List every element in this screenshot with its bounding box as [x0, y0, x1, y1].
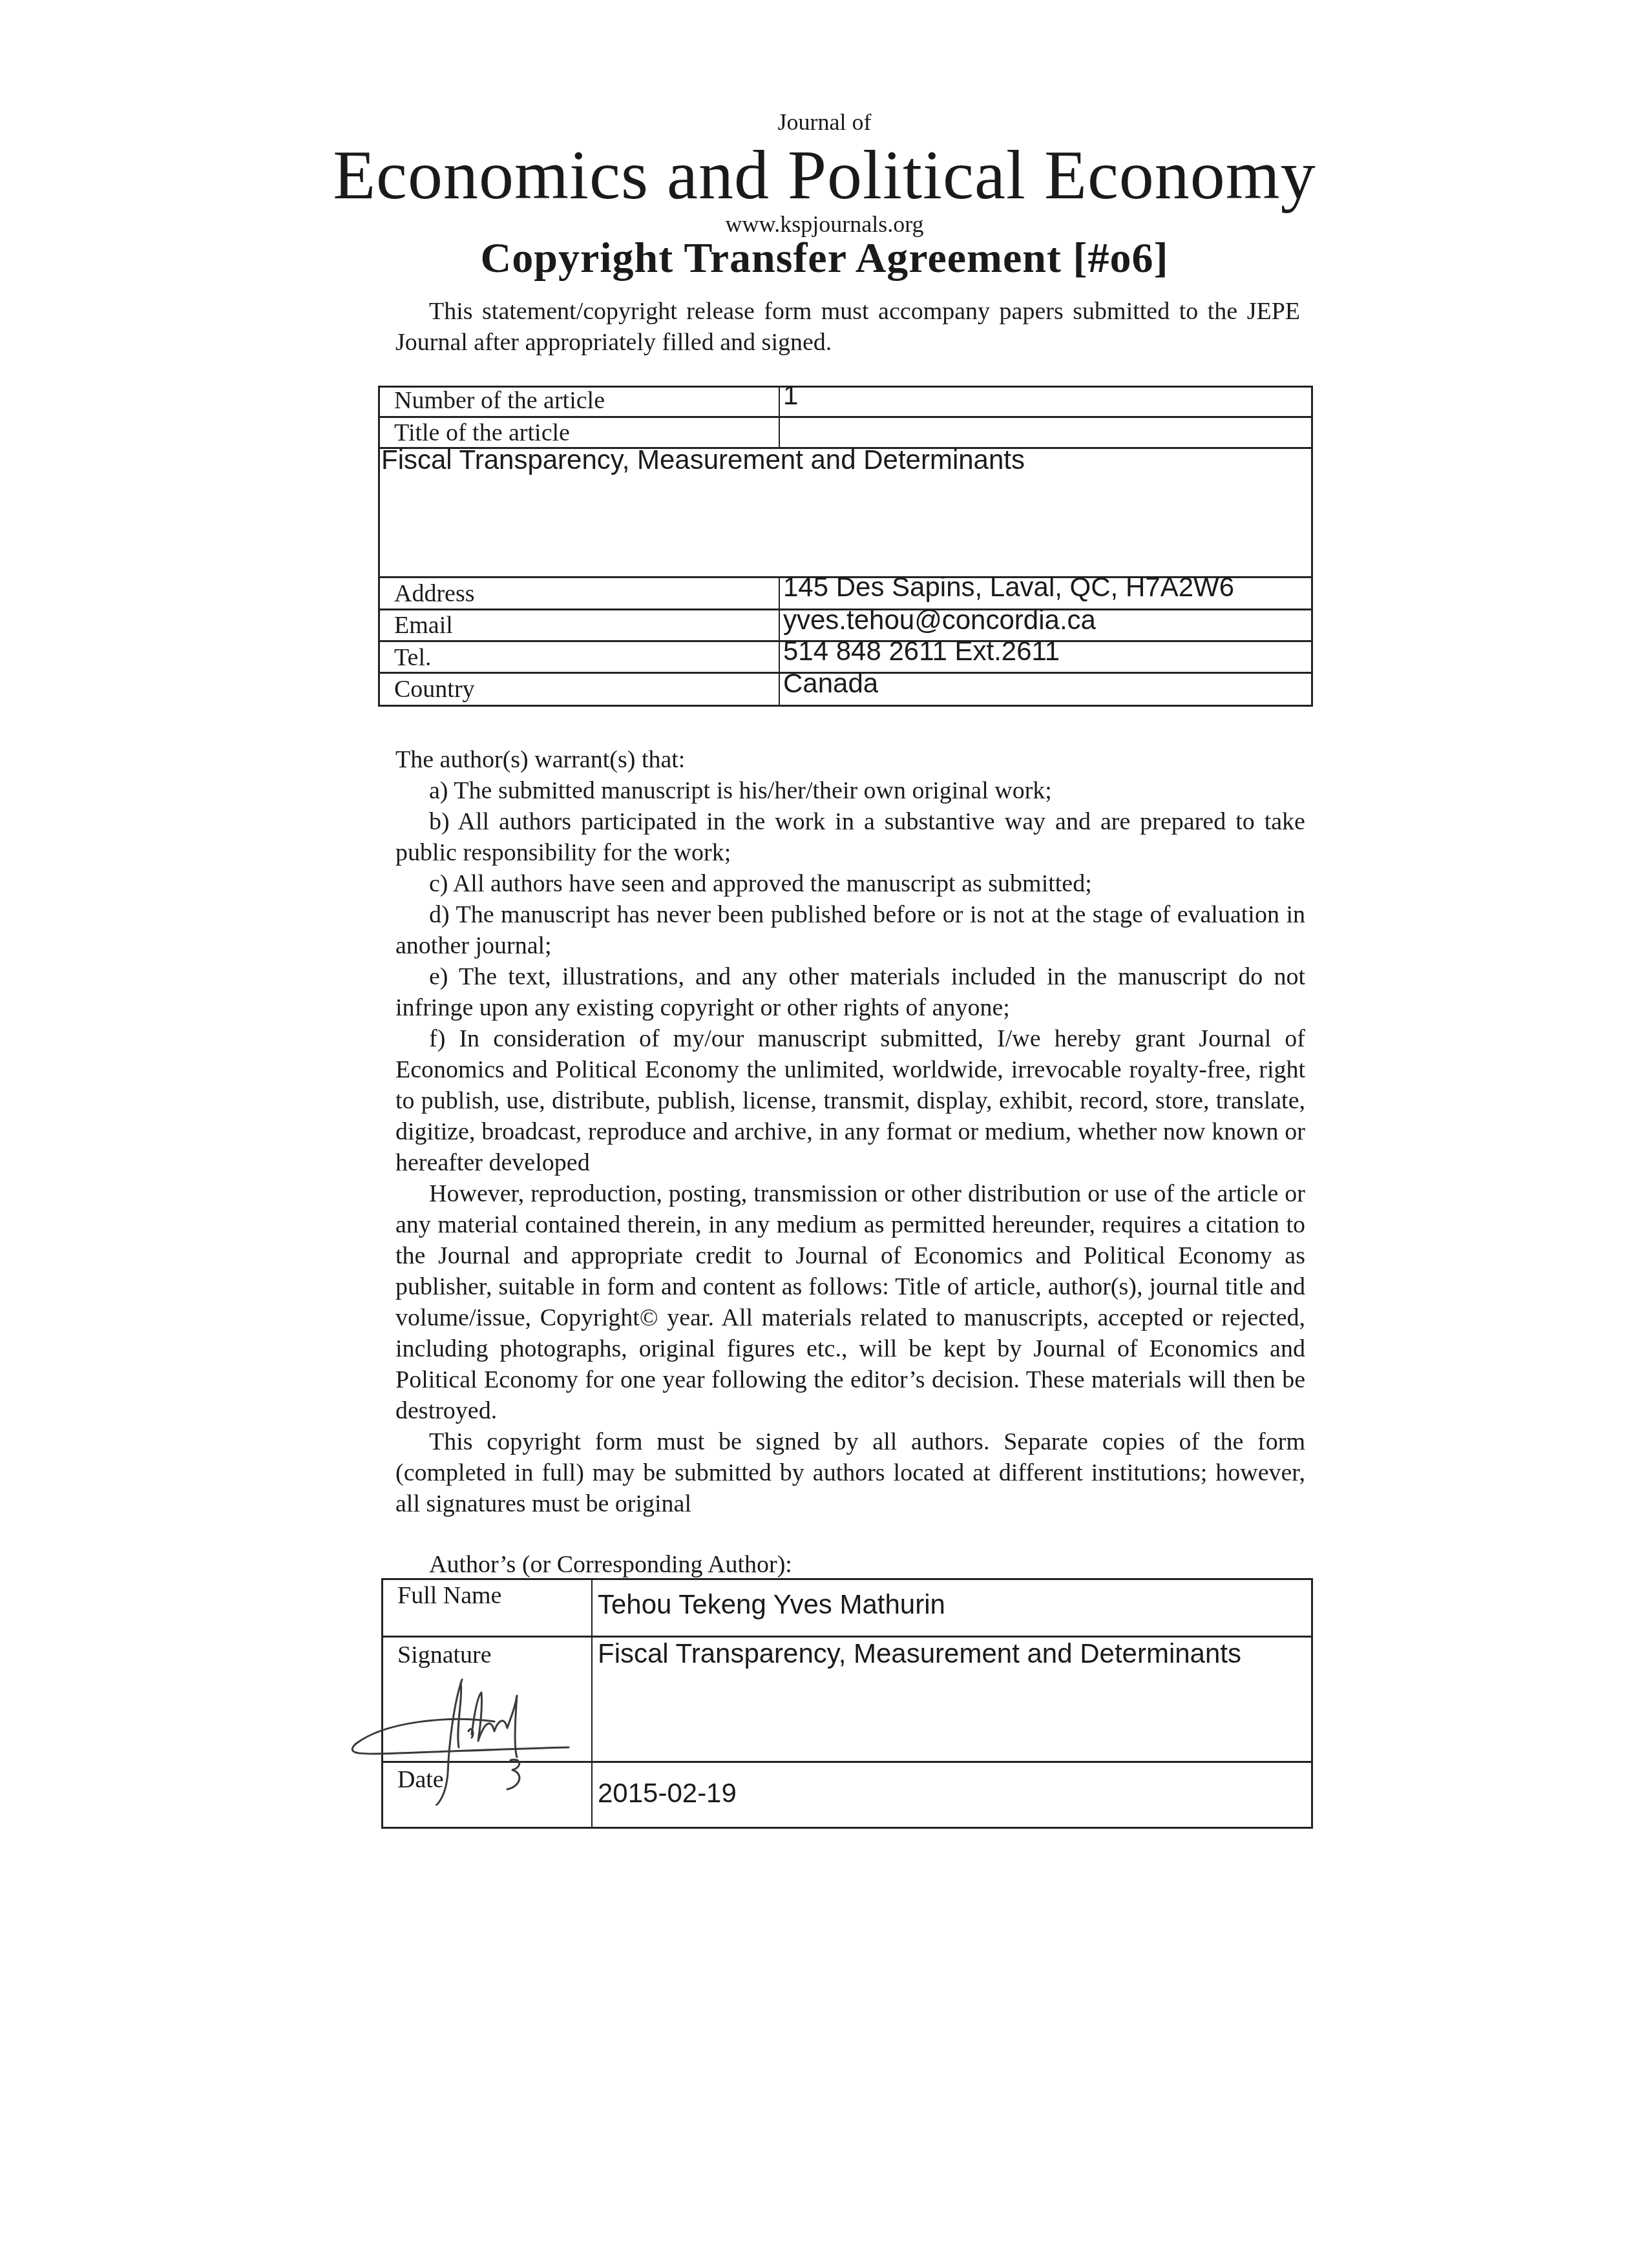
however-paragraph: However, reproduction, posting, transmis…	[395, 1178, 1305, 1426]
country-field[interactable]: Canada	[783, 668, 878, 699]
email-field[interactable]: yves.tehou@concordia.ca	[783, 605, 1096, 636]
intro-text: This statement/copyright release form mu…	[395, 296, 1300, 358]
warranty-lead: The author(s) warrant(s) that:	[395, 744, 1305, 775]
signing-paragraph: This copyright form must be signed by al…	[395, 1426, 1305, 1519]
warranty-item-d: d) The manuscript has never been publish…	[395, 899, 1305, 961]
row-divider	[381, 1636, 1313, 1638]
journal-of-label: Journal of	[0, 109, 1649, 136]
signature-field[interactable]: Fiscal Transparency, Measurement and Det…	[598, 1638, 1241, 1669]
row-divider	[378, 416, 1313, 418]
number-field[interactable]: 1	[783, 380, 798, 411]
country-label: Country	[394, 675, 475, 703]
column-divider	[779, 576, 780, 707]
handwritten-signature-icon	[346, 1670, 617, 1805]
date-field[interactable]: 2015-02-19	[598, 1778, 737, 1809]
full-name-label: Full Name	[397, 1581, 501, 1610]
address-label: Address	[394, 579, 475, 608]
column-divider	[779, 386, 780, 448]
warranty-item-e: e) The text, illustrations, and any othe…	[395, 961, 1305, 1023]
number-label: Number of the article	[394, 386, 605, 415]
email-label: Email	[394, 611, 453, 640]
title-label: Title of the article	[394, 419, 570, 447]
warranty-item-a: a) The submitted manuscript is his/her/t…	[395, 775, 1305, 806]
journal-name: Economics and Political Economy	[0, 139, 1649, 212]
warranty-item-f: f) In consideration of my/our manuscript…	[395, 1023, 1305, 1178]
address-field[interactable]: 145 Des Sapins, Laval, QC, H7A2W6	[783, 572, 1234, 603]
title-field[interactable]: Fiscal Transparency, Measurement and Det…	[381, 444, 1025, 475]
full-name-field[interactable]: Tehou Tekeng Yves Mathurin	[598, 1589, 945, 1620]
signature-label: Signature	[397, 1641, 492, 1669]
warranty-item-c: c) All authors have seen and approved th…	[395, 868, 1305, 899]
author-heading: Author’s (or Corresponding Author):	[429, 1549, 792, 1580]
tel-field[interactable]: 514 848 2611 Ext.2611	[783, 636, 1060, 667]
agreement-title: Copyright Transfer Agreement [#o6]	[0, 234, 1649, 283]
warranty-item-b: b) All authors participated in the work …	[395, 806, 1305, 868]
tel-label: Tel.	[394, 643, 431, 672]
